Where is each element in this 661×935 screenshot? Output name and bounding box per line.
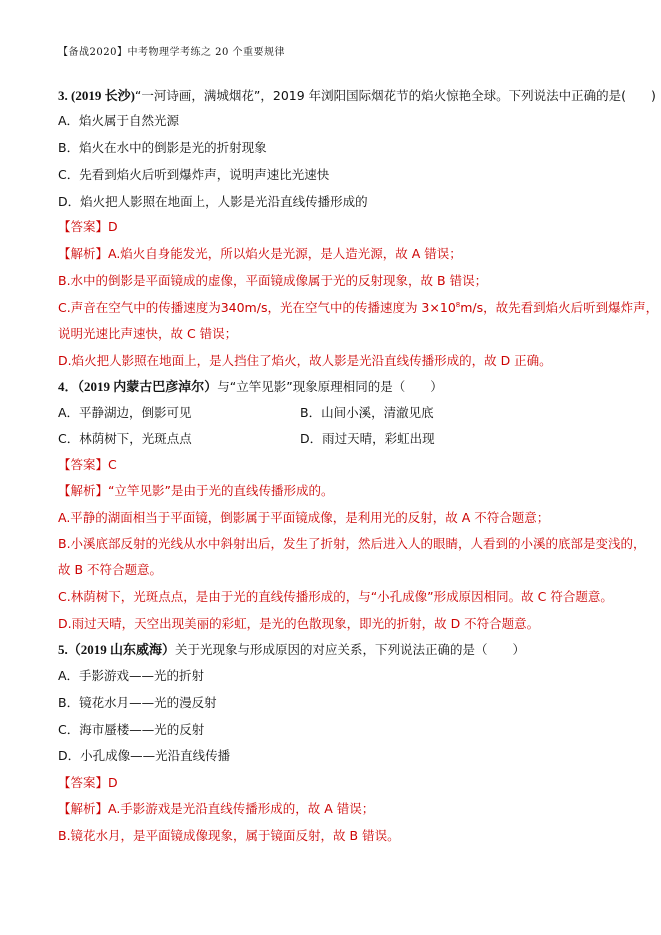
page-header: 【备战2020】中考物理学考练之 20 个重要规律 <box>58 43 285 58</box>
question-3-analysis-1: 【解析】A.焰火自身能发光，所以焰火是光源，是人造光源，故 A 错误； <box>58 246 462 262</box>
question-3-option-b: B．焰火在水中的倒影是光的折射现象 <box>58 140 267 156</box>
question-3-stem: 3. (2019 长沙)“一河诗画，满城烟花”，2019 年浏阳国际烟花节的焰火… <box>58 88 656 104</box>
question-5-text: 关于光现象与形成原因的对应关系，下列说法正确的是（ ） <box>175 642 525 657</box>
question-4-stem: 4．（2019 内蒙古巴彦淖尔）与“立竿见影”现象原理相同的是（ ） <box>58 379 443 395</box>
question-5-option-d: D．小孔成像——光沿直线传播 <box>58 748 230 764</box>
question-5-analysis-1: 【解析】A.手影游戏是光沿直线传播形成的，故 A 错误； <box>58 801 374 817</box>
question-4-text: 与“立竿见影”现象原理相同的是（ ） <box>217 379 442 394</box>
question-3-option-c: C．先看到焰火后听到爆炸声，说明声速比光速快 <box>58 167 329 183</box>
question-3-analysis-4: 说明光速比声速快，故 C 错误； <box>58 326 237 342</box>
question-3-analysis-3: C.声音在空气中的传播速度为340m/s，光在空气中的传播速度为 3×108m/… <box>58 300 658 316</box>
analysis-3-head: C.声音在空气中的传播速度为340m/s，光在空气中的传播速度为 3×10 <box>58 300 456 315</box>
question-4-option-a: A．平静湖边，倒影可见 <box>58 405 192 421</box>
question-5-option-c: C．海市蜃楼——光的反射 <box>58 722 204 738</box>
question-5-answer: 【答案】D <box>58 775 118 791</box>
question-4-analysis-1: 【解析】“立竿见影”是由于光的直线传播形成的。 <box>58 483 333 499</box>
question-4-analysis-5: C.林荫树下，光斑点点，是由于光的直线传播形成的，与“小孔成像”形成原因相同。故… <box>58 589 613 605</box>
question-5-option-a: A．手影游戏——光的折射 <box>58 668 204 684</box>
question-4-answer: 【答案】C <box>58 457 117 473</box>
question-4-analysis-6: D.雨过天晴，天空出现美丽的彩虹，是光的色散现象，即光的折射，故 D 不符合题意… <box>58 616 539 632</box>
question-4-analysis-3: B.小溪底部反射的光线从水中斜射出后，发生了折射，然后进入人的眼睛，人看到的小溪… <box>58 536 646 552</box>
question-4-option-d: D．雨过天晴，彩虹出现 <box>300 431 435 447</box>
question-5-analysis-2: B.镜花水月，是平面镜成像现象，属于镜面反射，故 B 错误。 <box>58 828 400 844</box>
question-5-option-b: B．镜花水月——光的漫反射 <box>58 695 217 711</box>
question-3-option-a: A．焰火属于自然光源 <box>58 113 179 129</box>
question-5-number: 5.（2019 山东威海） <box>58 642 175 657</box>
question-4-number: 4．（2019 内蒙古巴彦淖尔） <box>58 379 217 394</box>
question-3-option-d: D．焰火把人影照在地面上，人影是光沿直线传播形成的 <box>58 194 368 210</box>
question-3-number: 3. (2019 长沙) <box>58 88 135 103</box>
question-3-analysis-5: D.焰火把人影照在地面上，是人挡住了焰火，故人影是光沿直线传播形成的，故 D 正… <box>58 353 552 369</box>
question-5-stem: 5.（2019 山东威海）关于光现象与形成原因的对应关系，下列说法正确的是（ ） <box>58 642 525 658</box>
question-4-option-b: B．山间小溪，清澈见底 <box>300 405 434 421</box>
question-4-analysis-2: A.平静的湖面相当于平面镜，倒影属于平面镜成像，是利用光的反射，故 A 不符合题… <box>58 510 549 526</box>
question-4-analysis-4: 故 B 不符合题意。 <box>58 562 162 578</box>
question-4-option-c: C．林荫树下，光斑点点 <box>58 431 192 447</box>
question-3-text: “一河诗画，满城烟花”，2019 年浏阳国际烟花节的焰火惊艳全球。下列说法中正确… <box>135 88 656 103</box>
question-3-answer: 【答案】D <box>58 219 118 235</box>
question-3-analysis-2: B.水中的倒影是平面镜成的虚像，平面镜成像属于光的反射现象，故 B 错误； <box>58 273 487 289</box>
analysis-3-tail: m/s，故先看到焰火后听到爆炸声， <box>460 300 658 315</box>
